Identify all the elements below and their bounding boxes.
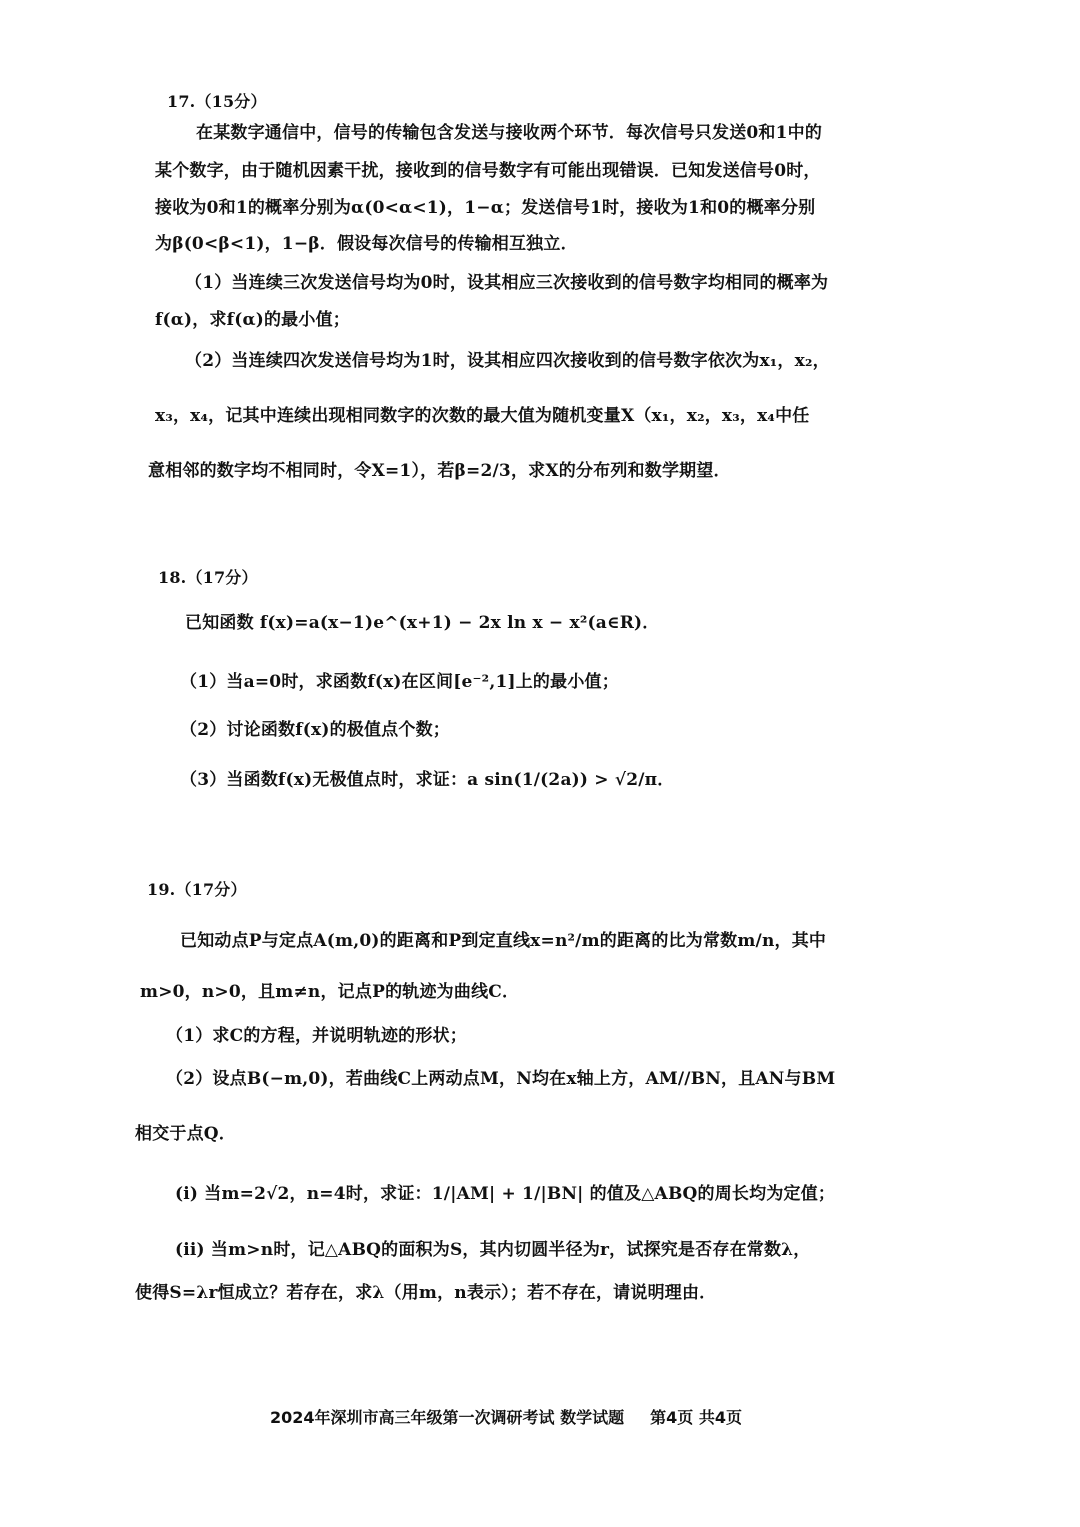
page-footer: 2024年深圳市高三年级第一次调研考试 数学试题第4页 共4页	[270, 1405, 742, 1428]
problem-17-heading: 17.（15分）	[167, 92, 267, 112]
p17-line-3: 接收为0和1的概率分别为α(0<α<1)，1−α；发送信号1时，接收为1和0的概…	[155, 198, 815, 218]
p17-part-1b: f(α)，求f(α)的最小值；	[155, 310, 350, 330]
p17-part-2a: （2）当连续四次发送信号均为1时，设其相应四次接收到的信号数字依次为x₁，x₂，	[185, 351, 830, 371]
problem-number: 19.	[147, 880, 175, 899]
problem-points: （17分）	[186, 568, 257, 587]
p17-part-2b: x₃，x₄，记其中连续出现相同数字的次数的最大值为随机变量X（x₁，x₂，x₃，…	[155, 406, 809, 426]
problem-18-heading: 18.（17分）	[158, 568, 258, 588]
p18-part-1: （1）当a=0时，求函数f(x)在区间[e⁻²,1]上的最小值；	[180, 672, 619, 692]
p18-line-1: 已知函数 f(x)=a(x−1)e^(x+1) − 2x ln x − x²(a…	[185, 613, 659, 633]
problem-number: 17.	[167, 92, 195, 111]
p19-part-2-ii: (ii) 当m>n时，记△ABQ的面积为S，其内切圆半径为r，试探究是否存在常数…	[175, 1240, 811, 1260]
p19-part-1: （1）求C的方程，并说明轨迹的形状；	[166, 1026, 467, 1046]
p19-part-2-i: (i) 当m=2√2，n=4时，求证：1/|AM| + 1/|BN| 的值及△A…	[175, 1184, 835, 1204]
p19-part-2-ii-cont: 使得S=λr恒成立？若存在，求λ（用m，n表示）；若不存在，请说明理由．	[135, 1283, 716, 1303]
footer-page-number: 第4页 共4页	[650, 1408, 742, 1427]
p19-line-2: m>0，n>0，且m≠n，记点P的轨迹为曲线C．	[140, 982, 519, 1002]
p19-part-2b: 相交于点Q．	[135, 1124, 236, 1144]
p19-line-1: 已知动点P与定点A(m,0)的距离和P到定直线x=n²/m的距离的比为常数m/n…	[180, 931, 826, 951]
problem-points: （17分）	[175, 880, 246, 899]
problem-19-heading: 19.（17分）	[147, 880, 247, 900]
exam-page: 17.（15分） 在某数字通信中，信号的传输包含发送与接收两个环节．每次信号只发…	[0, 0, 1080, 1527]
problem-number: 18.	[158, 568, 186, 587]
p17-part-1a: （1）当连续三次发送信号均为0时，设其相应三次接收到的信号数字均相同的概率为	[185, 273, 828, 293]
footer-title: 2024年深圳市高三年级第一次调研考试 数学试题	[270, 1408, 624, 1427]
p17-line-4: 为β(0<β<1)，1−β．假设每次信号的传输相互独立．	[155, 234, 578, 254]
p17-part-2c: 意相邻的数字均不相同时，令X=1），若β=2/3，求X的分布列和数学期望．	[148, 461, 731, 481]
p17-line-2: 某个数字，由于随机因素干扰，接收到的信号数字有可能出现错误．已知发送信号0时，	[155, 161, 821, 181]
problem-points: （15分）	[195, 92, 266, 111]
p19-part-2a: （2）设点B(−m,0)，若曲线C上两动点M，N均在x轴上方，AM//BN，且A…	[166, 1069, 835, 1089]
p18-part-3: （3）当函数f(x)无极值点时，求证：a sin(1/(2a)) > √2/π．	[180, 770, 674, 790]
p18-part-2: （2）讨论函数f(x)的极值点个数；	[180, 720, 450, 740]
p17-line-1: 在某数字通信中，信号的传输包含发送与接收两个环节．每次信号只发送0和1中的	[196, 123, 822, 143]
